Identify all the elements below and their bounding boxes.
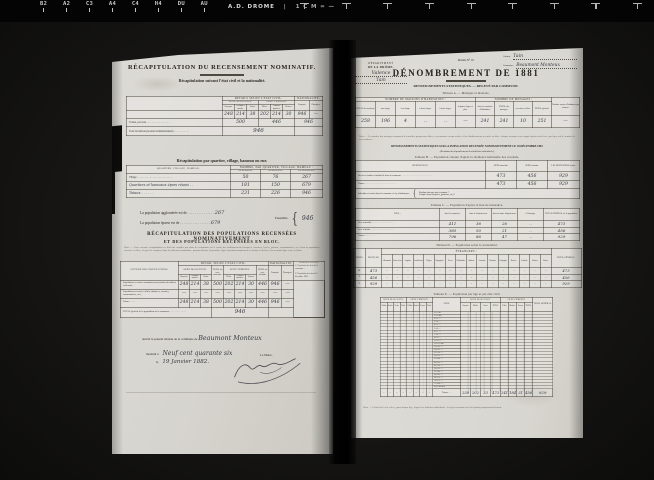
row-label: Quartiers et hameaux épars réunis . . — [127, 181, 231, 189]
ruler-mark: C3 — [86, 1, 93, 12]
total-cell: 238 — [461, 389, 471, 397]
value-cell: 446 — [257, 280, 269, 289]
ruler-mark-label: AU — [201, 1, 208, 7]
value-cell: 38 — [201, 298, 212, 307]
row-label: Populations recensées en bloc (hospices,… — [121, 289, 179, 298]
tableC-caption: Tableau C. — Population d'après le lieu … — [359, 203, 575, 207]
ruler-tick-icon — [43, 8, 44, 12]
tableD-nationalite: SEXES. FRANÇAIS. ÉTRANGERS : TOTAL GÉNÉR… — [353, 248, 582, 288]
film-ruler: B2 A2 C3 A4 C4 — [0, 0, 654, 22]
stub-header: NATURE DES POPULATIONS. — [121, 262, 179, 281]
col-header: TOTAL des maisons. — [356, 102, 376, 116]
masc-total: 500 — [223, 119, 259, 127]
blank-cell — [295, 127, 323, 136]
value-cell: 473 — [486, 172, 517, 181]
value-cell: 456 — [517, 181, 548, 189]
value-cell: 929 — [551, 281, 581, 288]
value-cell: 929 — [548, 172, 580, 181]
col-header: recensés en bloc. — [514, 102, 533, 116]
tableE-caption: Tableau E. — Population par âge et par é… — [359, 292, 575, 296]
closing-line-3: le 19 Janvier 1882. — [156, 350, 209, 368]
country-header: Allemands. — [382, 255, 393, 268]
col-header: Garçons. — [461, 303, 471, 312]
stub-header: NÉS : — [356, 209, 440, 221]
stats-header-1: RENSEIGNEMENTS STATISTIQUES SUR LA POPUL… — [359, 145, 575, 148]
ruler-tick-icon — [112, 8, 113, 12]
ruler-left-marks: B2 A2 C3 A4 C4 — [40, 1, 208, 12]
dash-cell: .. — [413, 281, 424, 288]
row-label: Totaux . . . . . . . . . . . — [356, 234, 440, 241]
eparse-line: La population éparse est de . . . . . . … — [140, 220, 220, 226]
stub-blank — [127, 97, 223, 111]
value-cell: 241 — [476, 116, 495, 128]
stub-header: QUARTIER, VILLAGE, HAMEAU. — [127, 166, 231, 174]
right-page: DÉPARTEMENT DE LA DRÔME. Valence Tain Ca… — [351, 48, 583, 438]
value-cell: 202 — [259, 111, 271, 119]
value-cell: — — [224, 289, 235, 298]
binding-shadow — [108, 170, 115, 214]
recap-bloc-table: NATURE DES POPULATIONS. DÉTAIL SELON L'É… — [120, 261, 325, 318]
agglomeree-value: 267 — [215, 210, 225, 216]
grand-total-cell: 929 — [533, 389, 553, 397]
book-spine — [329, 40, 356, 464]
col-header: sans étage. — [376, 102, 396, 116]
value-cell: — — [456, 116, 476, 128]
tableA-caption: Tableau A. — Ménages et maisons. — [371, 91, 561, 95]
closing-line-1: Arrêté le présent tableau de la commune … — [142, 334, 262, 342]
ensemble-label: Ensemble. — [275, 216, 288, 220]
grand-total: 946 — [223, 127, 295, 136]
col-header: dans les maisons d'habitation. — [476, 102, 495, 116]
total-cell: 184 — [509, 389, 517, 397]
value-cell: .. — [436, 116, 456, 128]
country-header: Polonais. — [487, 255, 498, 268]
col-header: Veufs. — [481, 303, 491, 312]
col-header: TOTAL des ménages. — [495, 102, 514, 116]
archive-label: A.D. DROME — [228, 4, 275, 10]
value-cell: 258 — [356, 116, 376, 128]
total-general-label: TOTAL général de la population de la com… — [121, 307, 212, 317]
country-header: Suisses. — [530, 255, 541, 268]
title-rule — [200, 74, 244, 76]
country-header: Russes. — [509, 255, 520, 268]
value-cell: 86 — [466, 234, 492, 241]
country-header: Hollandais. — [456, 255, 467, 268]
ruler-mark-label: C3 — [86, 1, 93, 7]
value-cell: 500 — [212, 280, 224, 289]
value-cell: 679 — [291, 181, 323, 189]
dash-cell: .. — [392, 281, 403, 288]
ruler-tick-icon — [158, 8, 159, 12]
col-header: dans le département. — [466, 209, 492, 221]
ruler-mark: A4 — [109, 1, 116, 12]
col-header: à trois étages. — [436, 102, 456, 116]
country-header: Belges. — [424, 255, 435, 268]
col-header: TOTAL. — [525, 303, 533, 312]
eparse-value: 679 — [211, 220, 221, 226]
stats-header-2: (Résultats du dépouillement des bulletin… — [359, 150, 575, 153]
value-cell: 248 — [223, 111, 235, 119]
value-cell: 181 — [231, 181, 261, 189]
group-header: SEXE FÉMININ. — [224, 266, 257, 275]
row-label: Village . . . . . . . . . . . . . . . . … — [127, 173, 231, 181]
value-cell: 946 — [295, 111, 310, 119]
col-header: Filles. — [501, 303, 509, 312]
ruler-tick-icon — [425, 3, 434, 11]
total-cell: 241 — [501, 389, 509, 397]
value-cell: — — [282, 289, 294, 298]
left-page: RÉCAPITULATION DU RECENSEMENT NOMINATIF.… — [112, 46, 333, 454]
tableB-caption: Tableau B. — Population classée d'après … — [359, 155, 575, 159]
ensemble-group: Ensemble. { 946 — [275, 209, 313, 227]
value-cell: 267 — [291, 173, 323, 181]
value-cell: 929 — [548, 181, 580, 189]
value-cell: 248 — [179, 280, 190, 289]
value-cell: 214 — [271, 111, 283, 119]
col-header: Français. — [269, 266, 282, 280]
closing-printed: le — [156, 360, 158, 364]
canton-label: Canton : — [503, 55, 511, 58]
value-cell: 30 — [283, 111, 295, 119]
row-label: Populations recensées nominativement (to… — [121, 280, 179, 289]
dash-cell: .. — [445, 281, 456, 288]
ages-header: ÂGES. — [433, 298, 461, 312]
value-cell: 150 — [261, 181, 291, 189]
col-header: SEXE féminin. — [517, 161, 548, 172]
fold-line — [126, 392, 316, 393]
col-header: TOTAL GÉNÉRAL. — [551, 249, 581, 268]
col-header: TOTAL GÉNÉRAL. — [533, 298, 553, 312]
ruler-tick-icon — [204, 8, 205, 12]
right-page-title: DÉNOMBREMENT DE 1881 — [371, 68, 561, 78]
value-cell: — — [235, 289, 246, 298]
value-cell: 946 — [291, 189, 323, 197]
ruler-tick-icon — [383, 3, 392, 11]
mayor-signature — [229, 352, 310, 389]
ensemble-value: 946 — [302, 215, 313, 222]
tableC-lieu-naissance: NÉS : dans la commune. dans le départeme… — [355, 208, 580, 241]
tableE-nota: Nota. — L'état civil a été relevé, pour … — [363, 406, 571, 409]
dash-cell: .. — [466, 281, 477, 288]
ruler-divider-icon: | — [284, 4, 287, 10]
subtitle-etat-civil: Récapitulation suivant l'état civil et l… — [122, 78, 322, 83]
group-header: NATIONALITÉ. — [295, 97, 323, 101]
dash-cell: .. — [540, 281, 551, 288]
dash-cell: .. — [403, 281, 414, 288]
row-label: Totaux, par sexe . . . . . . . . . . . .… — [127, 119, 223, 127]
col-header: TOTAL du sexe féminin. — [257, 266, 269, 280]
value-cell: 38 — [201, 280, 212, 289]
subtitle-quartier: Récapitulation par quartier, village, ha… — [122, 158, 322, 163]
col-header: FRANÇAIS. — [366, 249, 382, 268]
value-cell: 248 — [179, 298, 190, 307]
brace-icon: { — [292, 209, 298, 227]
ruler-tick-icon — [550, 3, 559, 11]
value-cell: 50 — [231, 173, 261, 181]
ruler-tick-icon — [135, 8, 136, 12]
row-label: Totaux . . . . . . . — [121, 298, 179, 307]
ruler-right-ticks — [300, 3, 642, 11]
tableB-residence: RÉSIDENCE. SEXE masculin. SEXE féminin. … — [355, 160, 580, 199]
row-label: Total du tableau (recensé nominativement… — [127, 127, 223, 136]
tableD-caption: Tableau D. — Population selon la nationa… — [359, 243, 575, 247]
col-header: Étrangers. — [282, 266, 294, 280]
recap-etat-civil-table: DÉTAILS SELON L'ÉTAT CIVIL. NATIONALITÉ.… — [126, 96, 323, 136]
microfilm-scan: B2 A2 C3 A4 C4 — [0, 0, 654, 480]
ruler-tick-icon — [508, 3, 517, 11]
country-header: Portugais. — [498, 255, 509, 268]
col-header: TOTAL. — [491, 303, 501, 312]
col-header: TOTAL général. — [533, 102, 552, 116]
country-header: Italiens. — [466, 255, 477, 268]
ruler-mark-label: C4 — [132, 1, 139, 7]
col-header: SEXE masculin. — [486, 161, 517, 172]
tableB-footnote: Individus recensés dans la commune et n'… — [356, 189, 580, 199]
value-cell: 226 — [261, 189, 291, 197]
dash-cell: .. — [456, 281, 467, 288]
value-cell: 202 — [224, 280, 235, 289]
closing-printed: Arrêté le présent tableau de la commune … — [142, 337, 197, 341]
nat-total: 946 — [295, 119, 323, 127]
footnote-item: Comptés à part (hospices, garnisons, etc… — [419, 194, 455, 196]
value-cell: 202 — [224, 298, 235, 307]
value-cell: — — [179, 289, 190, 298]
value-cell: 196 — [376, 116, 396, 128]
ruler-mark: B2 — [40, 1, 47, 12]
brace-icon: { — [413, 189, 417, 198]
value-cell: 446 — [257, 298, 269, 307]
value-cell: 47 — [492, 234, 518, 241]
country-header: Alsac.-Lorr. — [392, 255, 403, 268]
dash-cell: .. — [487, 281, 498, 288]
value-cell: 30 — [246, 298, 257, 307]
col-header: à deux étages. — [416, 102, 436, 116]
dash-cell: .. — [477, 281, 488, 288]
ruler-mark-label: B2 — [40, 1, 47, 7]
total-cell: 473 — [491, 389, 501, 397]
value-cell: — — [282, 280, 294, 289]
recap-bloc-title-2: ET DES POPULATIONS RECENSÉES EN BLOC. — [118, 239, 326, 244]
country-header: Luxemb. — [477, 255, 488, 268]
ruler-mark: A2 — [63, 1, 70, 12]
observations-note: 2° Population de fait au 18 décembre 188… — [294, 272, 324, 280]
value-cell: 929 — [544, 234, 580, 241]
dash-cell: .. — [498, 281, 509, 288]
value-cell: 500 — [212, 298, 224, 307]
country-header: Divers. — [540, 255, 551, 268]
col-header: Total. — [426, 303, 433, 312]
col-header: Mariées. — [509, 303, 517, 312]
value-cell: 251 — [533, 116, 552, 128]
value-cell: 214 — [190, 280, 201, 289]
title-rule — [446, 80, 486, 82]
tableE-wrap: SEXE MASCULIN. SEXE FÉMININ. ÂGES. SEXE … — [380, 297, 554, 397]
tableA-nota: Nota. — Le nombre des ménages comprend l… — [359, 135, 575, 141]
dash-cell: .. — [530, 281, 541, 288]
tableE-age-etat-civil: SEXE MASCULIN. SEXE FÉMININ. ÂGES. SEXE … — [380, 297, 553, 397]
dash-cell: .. — [382, 281, 393, 288]
value-cell: 214 — [235, 280, 246, 289]
row-label: Totaux . . . . . . — [127, 189, 231, 197]
value-cell: 473 — [486, 181, 517, 189]
observations-cell: OBSERVATIONS. 1° Population de droit de … — [294, 262, 325, 281]
ruler-mark-label: H4 — [155, 1, 162, 7]
value-cell: 796 — [440, 234, 466, 241]
dash-cell: .. — [509, 281, 520, 288]
country-header: Suédois. — [519, 255, 530, 268]
value-cell: 10 — [514, 116, 533, 128]
value-cell: 946 — [269, 280, 282, 289]
country-header: Espagnols. — [434, 255, 445, 268]
value-cell: 231 — [231, 189, 261, 197]
value-cell: 214 — [235, 111, 247, 119]
value-cell: — — [282, 298, 294, 307]
group-header: NOMBRE, PAR QUARTIER, VILLAGE, HAMEAU : — [231, 166, 323, 170]
col-header: Nombre moyen d'habitants par maison. — [552, 98, 580, 116]
col-header: Français. — [295, 101, 310, 111]
ruler-tick-icon — [342, 3, 351, 11]
value-cell: — — [310, 111, 323, 119]
col-header: dans un autre département. — [492, 209, 518, 221]
ruler-tick-icon — [300, 3, 309, 11]
date-handwritten: 19 Janvier 1882. — [162, 359, 209, 365]
left-page-title: RÉCAPITULATION DU RECENSEMENT NOMINATIF. — [122, 64, 322, 71]
value-cell: — — [246, 289, 257, 298]
ruler-mark-label: DU — [178, 1, 185, 7]
agglomeree-line: La population agglomérée est de . . . . … — [140, 210, 224, 216]
ruler-tick-icon — [181, 8, 182, 12]
value-cell: — — [201, 289, 212, 298]
col-header: Mariés. — [471, 303, 481, 312]
value-cell: 30 — [246, 280, 257, 289]
group-header: SEXE MASCULIN. — [179, 266, 212, 275]
row-label: Ont leur résidence habituelle dans la co… — [356, 172, 486, 181]
value-cell: — — [269, 289, 282, 298]
col-header: à un étage. — [396, 102, 416, 116]
value-cell: .. — [518, 234, 544, 241]
col-header: Veuves. — [517, 303, 525, 312]
value-cell: 38 — [247, 111, 259, 119]
col-header: Étrangers. — [310, 101, 323, 111]
country-header: Grecs. — [445, 255, 456, 268]
ruler-tick-icon — [591, 3, 600, 11]
col-header: TOTAL du sexe masculin. — [212, 266, 224, 280]
value-cell: 4 — [396, 116, 416, 128]
total-cell: 202 — [471, 389, 481, 397]
value-cell: .. — [416, 116, 436, 128]
ruler-mark-label: A2 — [63, 1, 70, 7]
ruler-tick-icon — [633, 3, 642, 11]
ruler-mark: C4 — [132, 1, 139, 12]
ruler-mark: H4 — [155, 1, 162, 12]
modele-label: Modèle N° 10. — [391, 59, 541, 62]
eparse-label: La population éparse est de . . . . . . … — [140, 221, 210, 225]
ruler-mark-label: A4 — [109, 1, 116, 7]
dash-cell: .. — [434, 281, 445, 288]
dash-cell: .. — [424, 281, 435, 288]
binding-shadow — [107, 125, 122, 173]
value-cell: 929 — [366, 281, 382, 288]
value-cell: 946 — [269, 298, 282, 307]
total-cell: 33 — [481, 389, 491, 397]
value-cell: 241 — [495, 116, 514, 128]
row-label — [127, 111, 223, 119]
total-cell: 456 — [525, 389, 533, 397]
ruler-mark: AU — [201, 1, 208, 12]
ruler-tick-icon — [89, 8, 90, 12]
footnote-label: Individus recensés dans la commune et n'… — [358, 193, 410, 195]
tableA-menages-maisons: NOMBRE DE MAISONS D'HABITATION : NOMBRE … — [355, 97, 580, 128]
value-cell: 214 — [190, 298, 201, 307]
total-general-value: 946 — [212, 307, 269, 317]
scanner-background: RÉCAPITULATION DU RECENSEMENT NOMINATIF.… — [0, 22, 654, 480]
value-cell: — — [257, 289, 269, 298]
ruler-tick-icon — [66, 8, 67, 12]
country-header: Autrichiens. — [413, 255, 424, 268]
commune-name-handwritten: Beaumont Monteux — [198, 334, 262, 342]
group-header: NATIONALITÉ. — [269, 262, 294, 266]
right-subtitle: RENSEIGNEMENTS STATISTIQUES. — RELEVÉ PA… — [371, 84, 561, 88]
col-header: dans la commune. — [440, 209, 466, 221]
commune-label: Commune : — [503, 64, 514, 67]
total-cell: 31 — [517, 389, 525, 397]
agglomeree-label: La population agglomérée est de . . . . … — [140, 211, 214, 215]
value-cell: 76 — [261, 173, 291, 181]
ruler-tick-icon — [467, 3, 476, 11]
ruler-mark: DU — [178, 1, 185, 12]
dash-cell: .. — [519, 281, 530, 288]
fem-total: 446 — [259, 119, 295, 127]
nota-text: Nota. — Cette seconde récapitulation ne … — [124, 246, 320, 252]
col-header: TOTAL GÉNÉRAL de la population. — [544, 209, 580, 221]
value-cell: 214 — [235, 298, 246, 307]
col-header: à quatre étages et plus. — [456, 102, 476, 116]
value-cell: — — [190, 289, 201, 298]
blank-cell — [269, 307, 294, 317]
col-header: LES DEUX SEXES réunis. — [548, 161, 580, 172]
col-header: à l'étranger. — [518, 209, 544, 221]
stub-header: RÉSIDENCE. — [356, 161, 486, 172]
value-cell: — — [552, 116, 580, 128]
observations-note: 1° Population de droit de la commune ; — [294, 264, 324, 272]
value-cell: — — [212, 289, 224, 298]
value-cell: 456 — [517, 172, 548, 181]
totals-label: Totaux . . . — [433, 389, 461, 397]
quartier-table: QUARTIER, VILLAGE, HAMEAU. NOMBRE, PAR Q… — [126, 165, 323, 198]
country-header: Anglais. — [403, 255, 414, 268]
row-label: Totaux . . . . . . . . . . . . . . . . .… — [356, 181, 486, 189]
